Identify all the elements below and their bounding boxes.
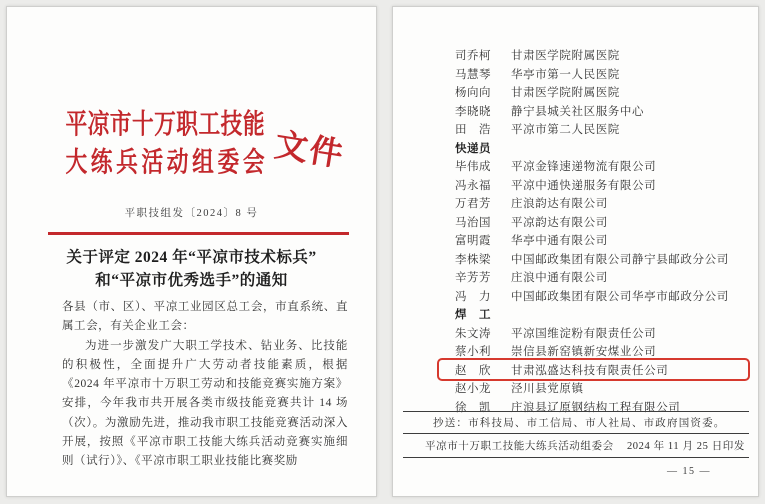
list-row: 马治国 平凉韵达有限公司 <box>455 213 750 232</box>
list-row: 杨向向 甘肃医学院附属医院 <box>455 83 750 102</box>
awardee-name: 富明霞 <box>455 232 499 248</box>
list-row: 马慧琴 华亭市第一人民医院 <box>455 65 750 84</box>
salutation: 各县（市、区）、平凉工业园区总工会，市直系统、直属工会，有关企业工会： <box>62 298 348 337</box>
list-row: 冯 力 中国邮政集团有限公司华亭市邮政分公司 <box>455 287 750 306</box>
awardee-name: 田 浩 <box>455 121 499 137</box>
list-row: 焊 工 <box>455 305 750 324</box>
awardee-org: 庄浪韵达有限公司 <box>511 195 608 211</box>
left-page: 平凉市十万职工技能 大练兵活动组委会 文件 平职技组发〔2024〕8 号 关于评… <box>6 6 377 497</box>
awardee-name: 赵小龙 <box>455 380 499 396</box>
document-title-line-2: 和“平凉市优秀选手”的通知 <box>27 269 356 292</box>
list-row: 李株梁 中国邮政集团有限公司静宁县邮政分公司 <box>455 250 750 269</box>
awardee-name: 马治国 <box>455 214 499 230</box>
document-title-line-1: 关于评定 2024 年“平凉市技术标兵” <box>27 246 356 269</box>
list-row: 朱文涛 平凉国维淀粉有限责任公司 <box>455 324 750 343</box>
awardee-name: 司乔柯 <box>455 47 499 63</box>
awardee-name: 李晓晓 <box>455 103 499 119</box>
awardee-org: 崇信县新窑镇新安煤业公司 <box>511 343 656 359</box>
awardee-name: 赵 欣 <box>455 362 499 378</box>
document-title: 关于评定 2024 年“平凉市技术标兵” 和“平凉市优秀选手”的通知 <box>27 246 356 292</box>
list-row: 司乔柯 甘肃医学院附属医院 <box>455 46 750 65</box>
awardee-name: 焊 工 <box>455 306 499 322</box>
awardee-name: 万君芳 <box>455 195 499 211</box>
awardee-org: 庄浪中通有限公司 <box>511 269 608 285</box>
right-page: 司乔柯 甘肃医学院附属医院 马慧琴 华亭市第一人民医院 杨向向 甘肃医学院附属医… <box>392 6 759 497</box>
awardee-name: 毕伟成 <box>455 158 499 174</box>
list-row: 毕伟成 平凉金锋速递物流有限公司 <box>455 157 750 176</box>
awardee-org: 平凉金锋速递物流有限公司 <box>511 158 656 174</box>
list-row: 赵 欣 甘肃泓盛达科技有限责任公司 <box>455 361 750 380</box>
awardee-name: 快递员 <box>455 140 499 156</box>
list-row: 富明霞 华亭中通有限公司 <box>455 231 750 250</box>
awardee-name: 冯永福 <box>455 177 499 193</box>
awardee-org: 平凉中通快递服务有限公司 <box>511 177 656 193</box>
list-row: 李晓晓 静宁县城关社区服务中心 <box>455 102 750 121</box>
body-paragraph: 为进一步激发广大职工学技术、钻业务、比技能的积极性，全面提升广大劳动者技能素质，… <box>62 337 348 472</box>
letterhead: 平凉市十万职工技能 大练兵活动组委会 文件 <box>7 105 376 180</box>
awardee-org: 甘肃医学院附属医院 <box>511 84 620 100</box>
print-date: 2024 年 11 月 25 日印发 <box>627 438 745 453</box>
awardee-name: 马慧琴 <box>455 66 499 82</box>
awardee-name: 朱文涛 <box>455 325 499 341</box>
awardee-org: 中国邮政集团有限公司华亭市邮政分公司 <box>511 288 729 304</box>
list-row: 蔡小利 崇信县新窑镇新安煤业公司 <box>455 342 750 361</box>
awardee-org: 甘肃医学院附属医院 <box>511 47 620 63</box>
awardee-org: 平凉国维淀粉有限责任公司 <box>511 325 656 341</box>
document-footer: 抄送：市科技局、市工信局、市人社局、市政府国资委。 平凉市十万职工技能大练兵活动… <box>403 411 749 477</box>
list-row: 万君芳 庄浪韵达有限公司 <box>455 194 750 213</box>
awardee-org: 中国邮政集团有限公司静宁县邮政分公司 <box>511 251 729 267</box>
list-row: 田 浩 平凉市第二人民医院 <box>455 120 750 139</box>
awardee-name: 冯 力 <box>455 288 499 304</box>
awardee-org: 平凉韵达有限公司 <box>511 214 608 230</box>
awardee-org: 泾川县党原镇 <box>511 380 584 396</box>
awardee-org: 华亭市第一人民医院 <box>511 66 620 82</box>
awardee-org: 华亭中通有限公司 <box>511 232 608 248</box>
issuer-name: 平凉市十万职工技能大练兵活动组委会 <box>425 438 614 453</box>
document-scan: 平凉市十万职工技能 大练兵活动组委会 文件 平职技组发〔2024〕8 号 关于评… <box>0 0 765 504</box>
awardee-name: 辛芳芳 <box>455 269 499 285</box>
document-body: 各县（市、区）、平凉工业园区总工会，市直系统、直属工会，有关企业工会： 为进一步… <box>62 298 348 472</box>
letterhead-suffix: 文件 <box>271 119 347 176</box>
list-row: 辛芳芳 庄浪中通有限公司 <box>455 268 750 287</box>
letterhead-line-1: 平凉市十万职工技能 <box>65 105 264 143</box>
issuer-row: 平凉市十万职工技能大练兵活动组委会 2024 年 11 月 25 日印发 <box>403 434 749 457</box>
awardee-org: 甘肃泓盛达科技有限责任公司 <box>511 362 668 378</box>
awardee-org: 静宁县城关社区服务中心 <box>511 103 644 119</box>
awardee-org: 平凉市第二人民医院 <box>511 121 620 137</box>
letterhead-org-name: 平凉市十万职工技能 大练兵活动组委会 <box>65 105 264 180</box>
list-row: 冯永福 平凉中通快递服务有限公司 <box>455 176 750 195</box>
awardee-list: 司乔柯 甘肃医学院附属医院 马慧琴 华亭市第一人民医院 杨向向 甘肃医学院附属医… <box>455 46 750 416</box>
cc-line: 抄送：市科技局、市工信局、市人社局、市政府国资委。 <box>403 412 749 433</box>
awardee-name: 李株梁 <box>455 251 499 267</box>
red-separator-rule <box>48 232 349 235</box>
list-row: 赵小龙 泾川县党原镇 <box>455 379 750 398</box>
awardee-name: 蔡小利 <box>455 343 499 359</box>
awardee-name: 杨向向 <box>455 84 499 100</box>
page-number: — 15 — <box>403 458 749 477</box>
list-row: 快递员 <box>455 139 750 158</box>
doc-number: 平职技组发〔2024〕8 号 <box>7 205 376 220</box>
letterhead-line-2: 大练兵活动组委会 <box>65 143 264 181</box>
